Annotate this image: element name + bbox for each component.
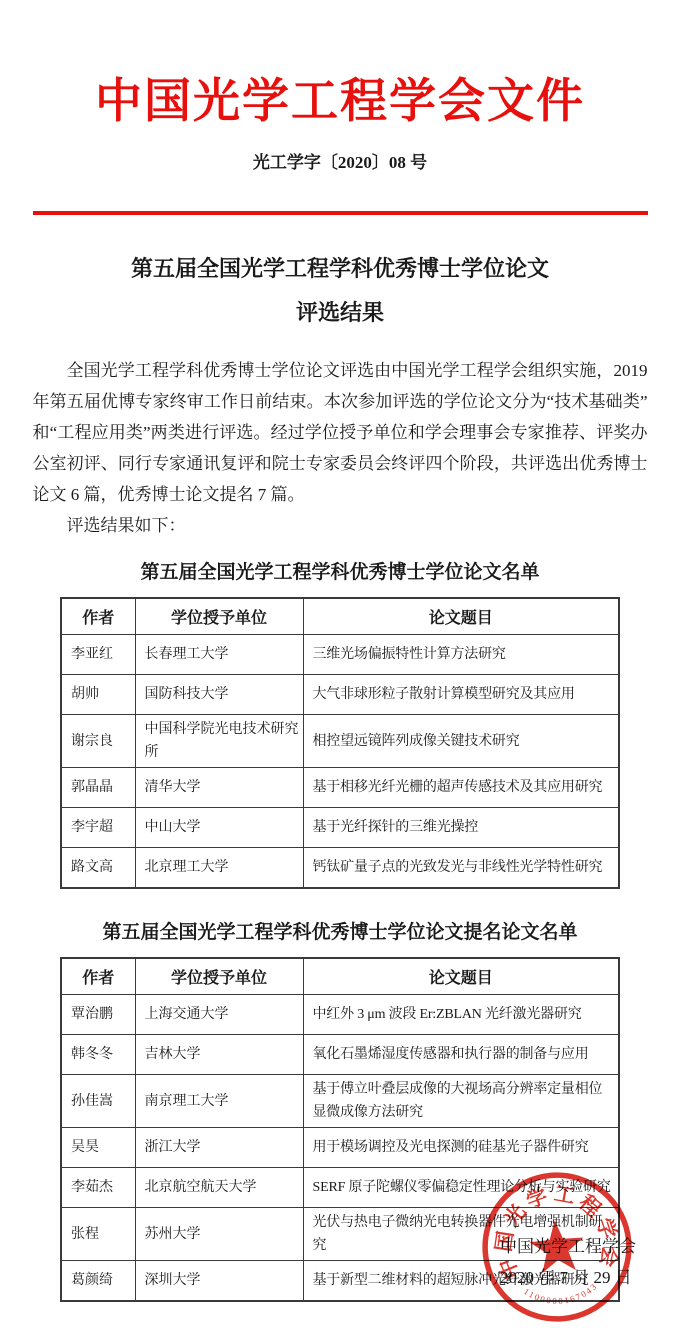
table-row: 李宇超中山大学基于光纤探针的三维光操控	[61, 808, 619, 848]
table-cell: 清华大学	[135, 768, 303, 808]
table-cell: 基于傅立叶叠层成像的大视场高分辨率定量相位显微成像方法研究	[303, 1075, 619, 1128]
table-row: 韩冬冬吉林大学氧化石墨烯湿度传感器和执行器的制备与应用	[61, 1035, 619, 1075]
table-row: 覃治鹏上海交通大学中红外 3 μm 波段 Er:ZBLAN 光纤激光器研究	[61, 995, 619, 1035]
body-text: 全国光学工程学科优秀博士学位论文评选由中国光学工程学会组织实施，2019 年第五…	[33, 355, 648, 541]
table-cell: 吴昊	[61, 1128, 135, 1168]
awarded-table-caption: 第五届全国光学工程学科优秀博士学位论文名单	[0, 557, 680, 584]
header-author: 作者	[61, 598, 135, 635]
table-row: 胡帅国防科技大学大气非球形粒子散射计算模型研究及其应用	[61, 675, 619, 715]
table-header-row: 作者 学位授予单位 论文题目	[61, 958, 619, 995]
table-cell: 长春理工大学	[135, 635, 303, 675]
red-rule-divider	[33, 211, 648, 215]
table-cell: 中山大学	[135, 808, 303, 848]
table-row: 吴昊浙江大学用于模场调控及光电探测的硅基光子器件研究	[61, 1128, 619, 1168]
table-row: 郭晶晶清华大学基于相移光纤光栅的超声传感技术及其应用研究	[61, 768, 619, 808]
table-cell: 北京航空航天大学	[135, 1168, 303, 1208]
table-row: 李亚红长春理工大学三维光场偏振特性计算方法研究	[61, 635, 619, 675]
table-cell: 深圳大学	[135, 1261, 303, 1302]
table-cell: 大气非球形粒子散射计算模型研究及其应用	[303, 675, 619, 715]
doc-number: 光工学字〔2020〕08 号	[0, 148, 680, 173]
document-title-line2: 评选结果	[0, 291, 680, 335]
results-intro: 评选结果如下：	[33, 510, 648, 541]
table-cell: 基于相移光纤光栅的超声传感技术及其应用研究	[303, 768, 619, 808]
table-cell: 吉林大学	[135, 1035, 303, 1075]
awarded-thesis-table: 作者 学位授予单位 论文题目 李亚红长春理工大学三维光场偏振特性计算方法研究胡帅…	[60, 597, 620, 889]
masthead-title: 中国光学工程学会文件	[0, 0, 680, 130]
table-cell: 路文高	[61, 848, 135, 889]
table-cell: 韩冬冬	[61, 1035, 135, 1075]
header-thesis-title: 论文题目	[303, 958, 619, 995]
table-cell: 基于光纤探针的三维光操控	[303, 808, 619, 848]
table-cell: 中红外 3 μm 波段 Er:ZBLAN 光纤激光器研究	[303, 995, 619, 1035]
table-cell: 苏州大学	[135, 1208, 303, 1261]
table-header-row: 作者 学位授予单位 论文题目	[61, 598, 619, 635]
table-cell: 郭晶晶	[61, 768, 135, 808]
body-paragraph: 全国光学工程学科优秀博士学位论文评选由中国光学工程学会组织实施，2019 年第五…	[33, 355, 648, 510]
table-cell: 南京理工大学	[135, 1075, 303, 1128]
table-cell: 浙江大学	[135, 1128, 303, 1168]
table-cell: 相控望远镜阵列成像关键技术研究	[303, 715, 619, 768]
table-cell: 孙佳嵩	[61, 1075, 135, 1128]
table-cell: 氧化石墨烯湿度传感器和执行器的制备与应用	[303, 1035, 619, 1075]
table-cell: 覃治鹏	[61, 995, 135, 1035]
table-cell: 李宇超	[61, 808, 135, 848]
table-cell: 国防科技大学	[135, 675, 303, 715]
star-icon	[528, 1218, 586, 1274]
table-cell: 中国科学院光电技术研究所	[135, 715, 303, 768]
header-institution: 学位授予单位	[135, 598, 303, 635]
table-cell: 用于模场调控及光电探测的硅基光子器件研究	[303, 1128, 619, 1168]
table-cell: 张程	[61, 1208, 135, 1261]
table-cell: 三维光场偏振特性计算方法研究	[303, 635, 619, 675]
header-institution: 学位授予单位	[135, 958, 303, 995]
table-cell: 李亚红	[61, 635, 135, 675]
table-cell: 胡帅	[61, 675, 135, 715]
table-cell: 李茹杰	[61, 1168, 135, 1208]
table-cell: 上海交通大学	[135, 995, 303, 1035]
document-title-line1: 第五届全国光学工程学科优秀博士学位论文	[0, 247, 680, 291]
table-cell: 谢宗良	[61, 715, 135, 768]
awarded-table-body: 李亚红长春理工大学三维光场偏振特性计算方法研究胡帅国防科技大学大气非球形粒子散射…	[61, 635, 619, 889]
table-row: 谢宗良中国科学院光电技术研究所相控望远镜阵列成像关键技术研究	[61, 715, 619, 768]
seal-serial: 1100000167043	[521, 1280, 601, 1309]
nominated-table-caption: 第五届全国光学工程学科优秀博士学位论文提名论文名单	[0, 917, 680, 944]
document-page: 中国光学工程学会文件 光工学字〔2020〕08 号 第五届全国光学工程学科优秀博…	[0, 0, 680, 1328]
table-cell: 葛颜绮	[61, 1261, 135, 1302]
table-cell: 北京理工大学	[135, 848, 303, 889]
official-seal: 中国光学工程学会 1100000167043	[471, 1161, 642, 1328]
table-row: 路文高北京理工大学钙钛矿量子点的光致发光与非线性光学特性研究	[61, 848, 619, 889]
table-cell: 钙钛矿量子点的光致发光与非线性光学特性研究	[303, 848, 619, 889]
header-author: 作者	[61, 958, 135, 995]
table-row: 孙佳嵩南京理工大学基于傅立叶叠层成像的大视场高分辨率定量相位显微成像方法研究	[61, 1075, 619, 1128]
document-title: 第五届全国光学工程学科优秀博士学位论文 评选结果	[0, 247, 680, 335]
header-thesis-title: 论文题目	[303, 598, 619, 635]
